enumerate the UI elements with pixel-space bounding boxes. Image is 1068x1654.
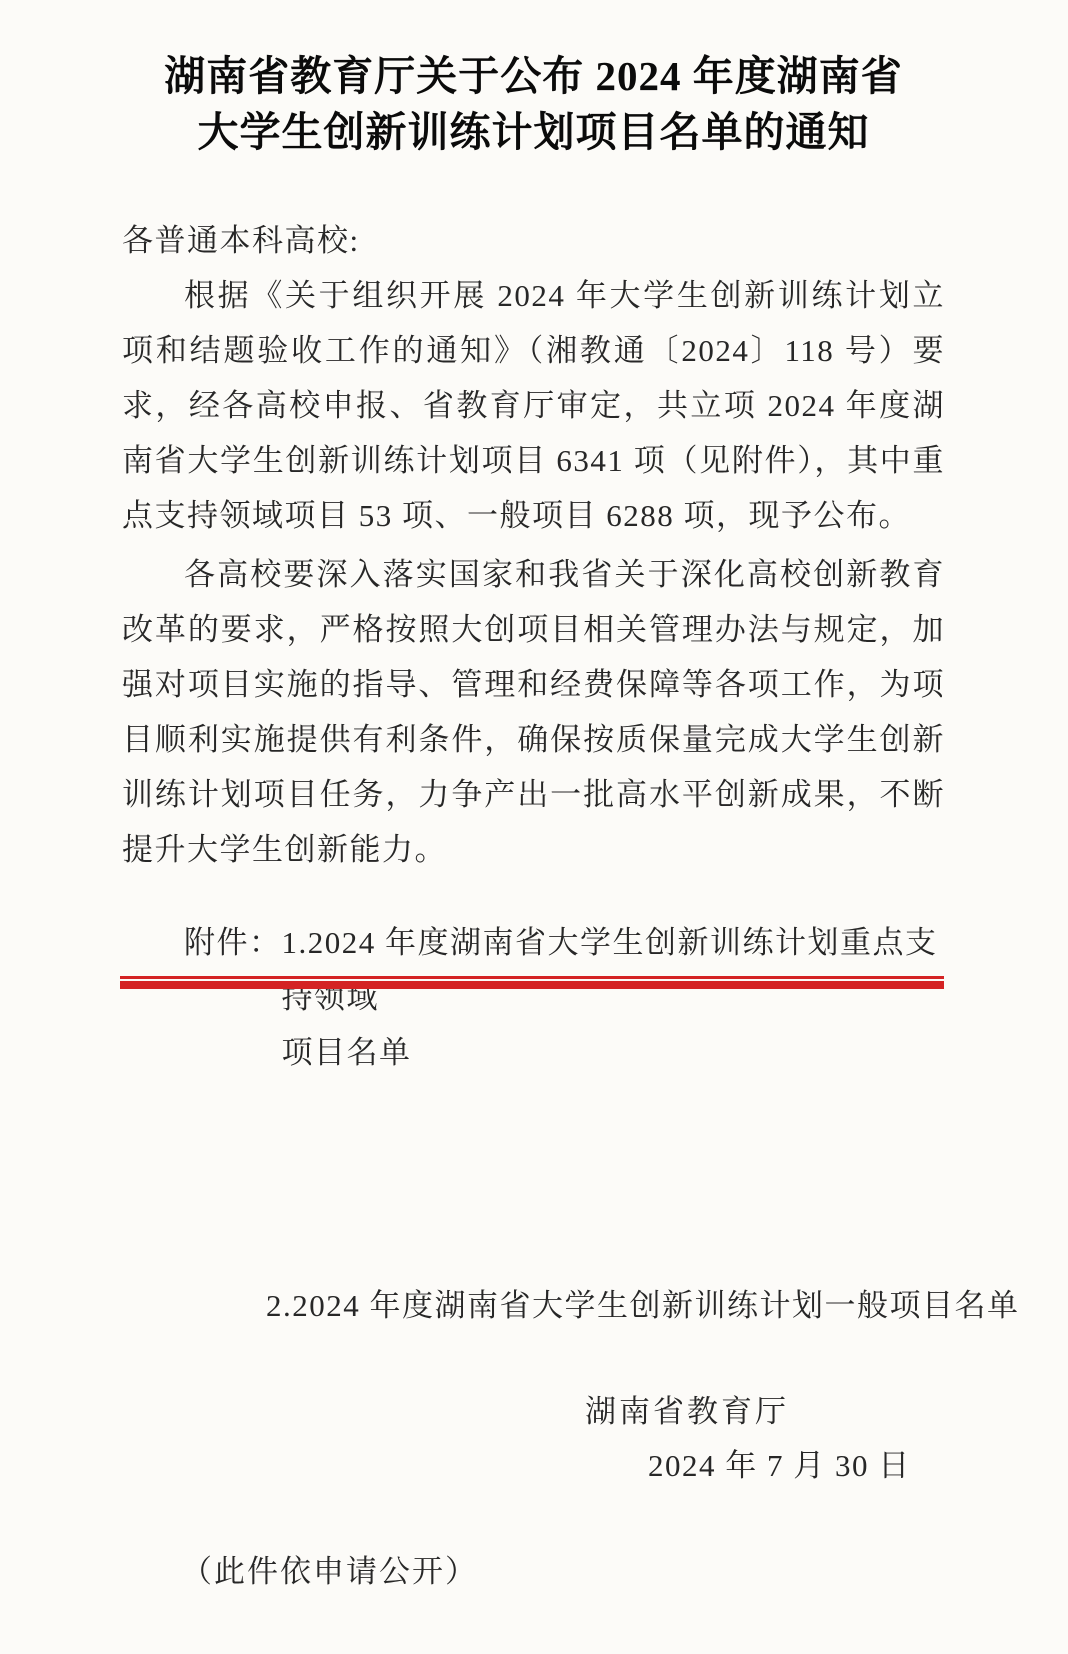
document-title-line-2: 大学生创新训练计划项目名单的通知 xyxy=(122,104,945,160)
issue-date: 2024 年 7 月 30 日 xyxy=(648,1438,911,1493)
attachment-label: 附件： xyxy=(184,915,282,1080)
issuer-name: 湖南省教育厅 xyxy=(585,1384,789,1439)
body-paragraph-2: 各高校要深入落实国家和我省关于深化高校创新教育改革的要求，严格按照大创项目相关管… xyxy=(122,547,945,877)
disclosure-note: （此件依申请公开） xyxy=(181,1544,478,1599)
attachment-item-2: 2.2024 年度湖南省大学生创新训练计划一般项目名单 xyxy=(266,1278,1020,1333)
salutation: 各普通本科高校: xyxy=(122,213,945,268)
document-title-line-1: 湖南省教育厅关于公布 2024 年度湖南省 xyxy=(122,48,945,104)
red-separator-thick-rule xyxy=(120,981,944,989)
document-title: 湖南省教育厅关于公布 2024 年度湖南省 大学生创新训练计划项目名单的通知 xyxy=(122,48,945,160)
attachment-list: 附件： 1.2024 年度湖南省大学生创新训练计划重点支持领域 项目名单 xyxy=(122,915,945,1080)
attachment-item-1-line-2: 项目名单 xyxy=(282,1025,946,1080)
attachment-item-1: 1.2024 年度湖南省大学生创新训练计划重点支持领域 项目名单 xyxy=(282,915,946,1080)
red-separator-thin-rule xyxy=(120,976,944,979)
attachment-item-1-line-1: 1.2024 年度湖南省大学生创新训练计划重点支持领域 xyxy=(282,915,946,1025)
notice-document-page: 湖南省教育厅关于公布 2024 年度湖南省 大学生创新训练计划项目名单的通知 各… xyxy=(0,0,1068,1654)
red-separator-line xyxy=(120,976,944,989)
body-paragraph-1: 根据《关于组织开展 2024 年大学生创新训练计划立项和结题验收工作的通知》（湘… xyxy=(122,268,945,543)
